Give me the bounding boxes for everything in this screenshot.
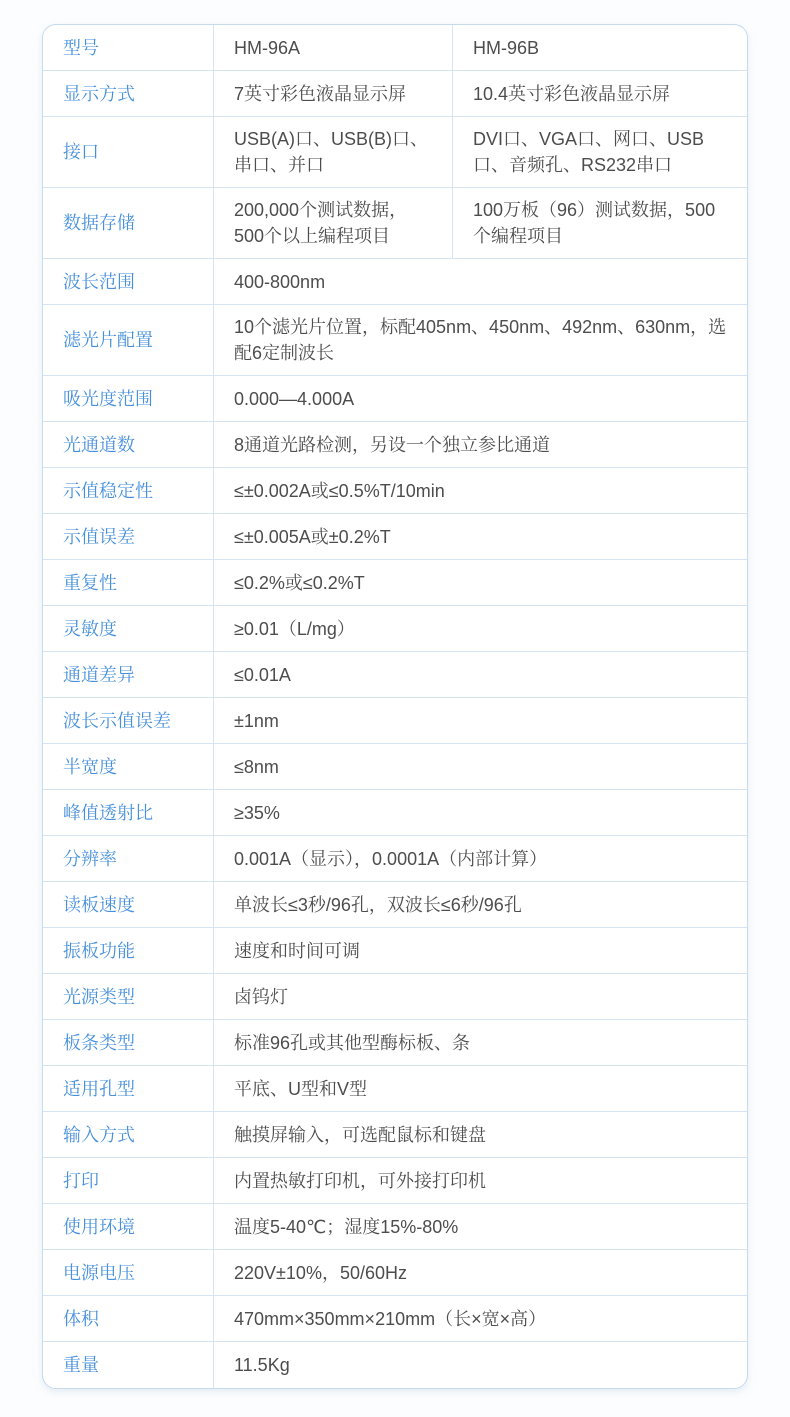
spec-value: 速度和时间可调 xyxy=(214,928,747,973)
spec-value: 标准96孔或其他型酶标板、条 xyxy=(214,1020,747,1065)
spec-label: 电源电压 xyxy=(43,1250,214,1295)
spec-label: 波长示值误差 xyxy=(43,698,214,743)
spec-value-model-a: 7英寸彩色液晶显示屏 xyxy=(214,71,453,116)
spec-table: 型号HM-96AHM-96B显示方式7英寸彩色液晶显示屏10.4英寸彩色液晶显示… xyxy=(42,24,748,1389)
spec-label: 使用环境 xyxy=(43,1204,214,1249)
spec-label: 峰值透射比 xyxy=(43,790,214,835)
spec-value: 单波长≤3秒/96孔，双波长≤6秒/96孔 xyxy=(214,882,747,927)
spec-value: 触摸屏输入，可选配鼠标和键盘 xyxy=(214,1112,747,1157)
spec-label: 体积 xyxy=(43,1296,214,1341)
table-row: 吸光度范围0.000—4.000A xyxy=(43,376,747,422)
spec-label: 光通道数 xyxy=(43,422,214,467)
spec-label: 输入方式 xyxy=(43,1112,214,1157)
table-row: 峰值透射比≥35% xyxy=(43,790,747,836)
spec-value-model-b: 10.4英寸彩色液晶显示屏 xyxy=(453,71,747,116)
spec-value: ≤8nm xyxy=(214,744,747,789)
spec-value: 220V±10%，50/60Hz xyxy=(214,1250,747,1295)
spec-label: 显示方式 xyxy=(43,71,214,116)
table-row: 通道差异≤0.01A xyxy=(43,652,747,698)
spec-value-model-a: HM-96A xyxy=(214,25,453,70)
spec-label: 适用孔型 xyxy=(43,1066,214,1111)
spec-label: 示值稳定性 xyxy=(43,468,214,513)
table-row: 半宽度≤8nm xyxy=(43,744,747,790)
spec-value-model-b: DVI口、VGA口、网口、USB口、音频孔、RS232串口 xyxy=(453,117,747,187)
spec-value: 470mm×350mm×210mm（长×宽×高） xyxy=(214,1296,747,1341)
spec-value: 400-800nm xyxy=(214,259,747,304)
table-row: 重复性≤0.2%或≤0.2%T xyxy=(43,560,747,606)
table-row: 灵敏度≥0.01（L/mg） xyxy=(43,606,747,652)
table-row: 接口USB(A)口、USB(B)口、串口、并口DVI口、VGA口、网口、USB口… xyxy=(43,117,747,188)
table-row: 数据存储200,000个测试数据，500个以上编程项目100万板（96）测试数据… xyxy=(43,188,747,259)
spec-label: 通道差异 xyxy=(43,652,214,697)
spec-label: 振板功能 xyxy=(43,928,214,973)
table-row: 波长范围400-800nm xyxy=(43,259,747,305)
spec-value: ≤0.01A xyxy=(214,652,747,697)
spec-value-model-b: 100万板（96）测试数据，500个编程项目 xyxy=(453,188,747,258)
spec-label: 接口 xyxy=(43,117,214,187)
spec-label: 读板速度 xyxy=(43,882,214,927)
table-row: 滤光片配置10个滤光片位置，标配405nm、450nm、492nm、630nm，… xyxy=(43,305,747,376)
table-row: 读板速度单波长≤3秒/96孔，双波长≤6秒/96孔 xyxy=(43,882,747,928)
spec-label: 示值误差 xyxy=(43,514,214,559)
spec-value-model-a: 200,000个测试数据，500个以上编程项目 xyxy=(214,188,453,258)
table-row: 板条类型标准96孔或其他型酶标板、条 xyxy=(43,1020,747,1066)
table-row: 使用环境温度5-40℃；湿度15%-80% xyxy=(43,1204,747,1250)
spec-value: ≥35% xyxy=(214,790,747,835)
spec-label: 光源类型 xyxy=(43,974,214,1019)
spec-value-model-b: HM-96B xyxy=(453,25,747,70)
spec-value-model-a: USB(A)口、USB(B)口、串口、并口 xyxy=(214,117,453,187)
spec-value: 8通道光路检测，另设一个独立参比通道 xyxy=(214,422,747,467)
spec-value: 温度5-40℃；湿度15%-80% xyxy=(214,1204,747,1249)
spec-label: 打印 xyxy=(43,1158,214,1203)
spec-value: 10个滤光片位置，标配405nm、450nm、492nm、630nm，选配6定制… xyxy=(214,305,747,375)
table-row: 重量11.5Kg xyxy=(43,1342,747,1388)
spec-value: ±1nm xyxy=(214,698,747,743)
spec-value: 平底、U型和V型 xyxy=(214,1066,747,1111)
table-row: 示值稳定性≤±0.002A或≤0.5%T/10min xyxy=(43,468,747,514)
spec-label: 半宽度 xyxy=(43,744,214,789)
spec-label: 重复性 xyxy=(43,560,214,605)
table-row: 分辨率0.001A（显示），0.0001A（内部计算） xyxy=(43,836,747,882)
spec-label: 分辨率 xyxy=(43,836,214,881)
spec-value: 0.000—4.000A xyxy=(214,376,747,421)
spec-value: ≤±0.002A或≤0.5%T/10min xyxy=(214,468,747,513)
table-row: 显示方式7英寸彩色液晶显示屏10.4英寸彩色液晶显示屏 xyxy=(43,71,747,117)
table-row: 波长示值误差±1nm xyxy=(43,698,747,744)
spec-label: 板条类型 xyxy=(43,1020,214,1065)
spec-label: 型号 xyxy=(43,25,214,70)
table-row: 型号HM-96AHM-96B xyxy=(43,25,747,71)
spec-value: ≥0.01（L/mg） xyxy=(214,606,747,651)
table-row: 光通道数8通道光路检测，另设一个独立参比通道 xyxy=(43,422,747,468)
table-row: 光源类型卤钨灯 xyxy=(43,974,747,1020)
table-row: 输入方式触摸屏输入，可选配鼠标和键盘 xyxy=(43,1112,747,1158)
spec-label: 重量 xyxy=(43,1342,214,1388)
spec-rows-container: 型号HM-96AHM-96B显示方式7英寸彩色液晶显示屏10.4英寸彩色液晶显示… xyxy=(43,25,747,1388)
spec-value: 11.5Kg xyxy=(214,1342,747,1388)
table-row: 示值误差≤±0.005A或±0.2%T xyxy=(43,514,747,560)
table-row: 振板功能速度和时间可调 xyxy=(43,928,747,974)
spec-label: 灵敏度 xyxy=(43,606,214,651)
spec-value: 内置热敏打印机，可外接打印机 xyxy=(214,1158,747,1203)
spec-value: ≤±0.005A或±0.2%T xyxy=(214,514,747,559)
table-row: 体积470mm×350mm×210mm（长×宽×高） xyxy=(43,1296,747,1342)
spec-value: 0.001A（显示），0.0001A（内部计算） xyxy=(214,836,747,881)
spec-label: 吸光度范围 xyxy=(43,376,214,421)
table-row: 电源电压220V±10%，50/60Hz xyxy=(43,1250,747,1296)
table-row: 打印内置热敏打印机，可外接打印机 xyxy=(43,1158,747,1204)
spec-label: 波长范围 xyxy=(43,259,214,304)
spec-value: ≤0.2%或≤0.2%T xyxy=(214,560,747,605)
table-row: 适用孔型平底、U型和V型 xyxy=(43,1066,747,1112)
spec-label: 滤光片配置 xyxy=(43,305,214,375)
spec-label: 数据存储 xyxy=(43,188,214,258)
spec-value: 卤钨灯 xyxy=(214,974,747,1019)
